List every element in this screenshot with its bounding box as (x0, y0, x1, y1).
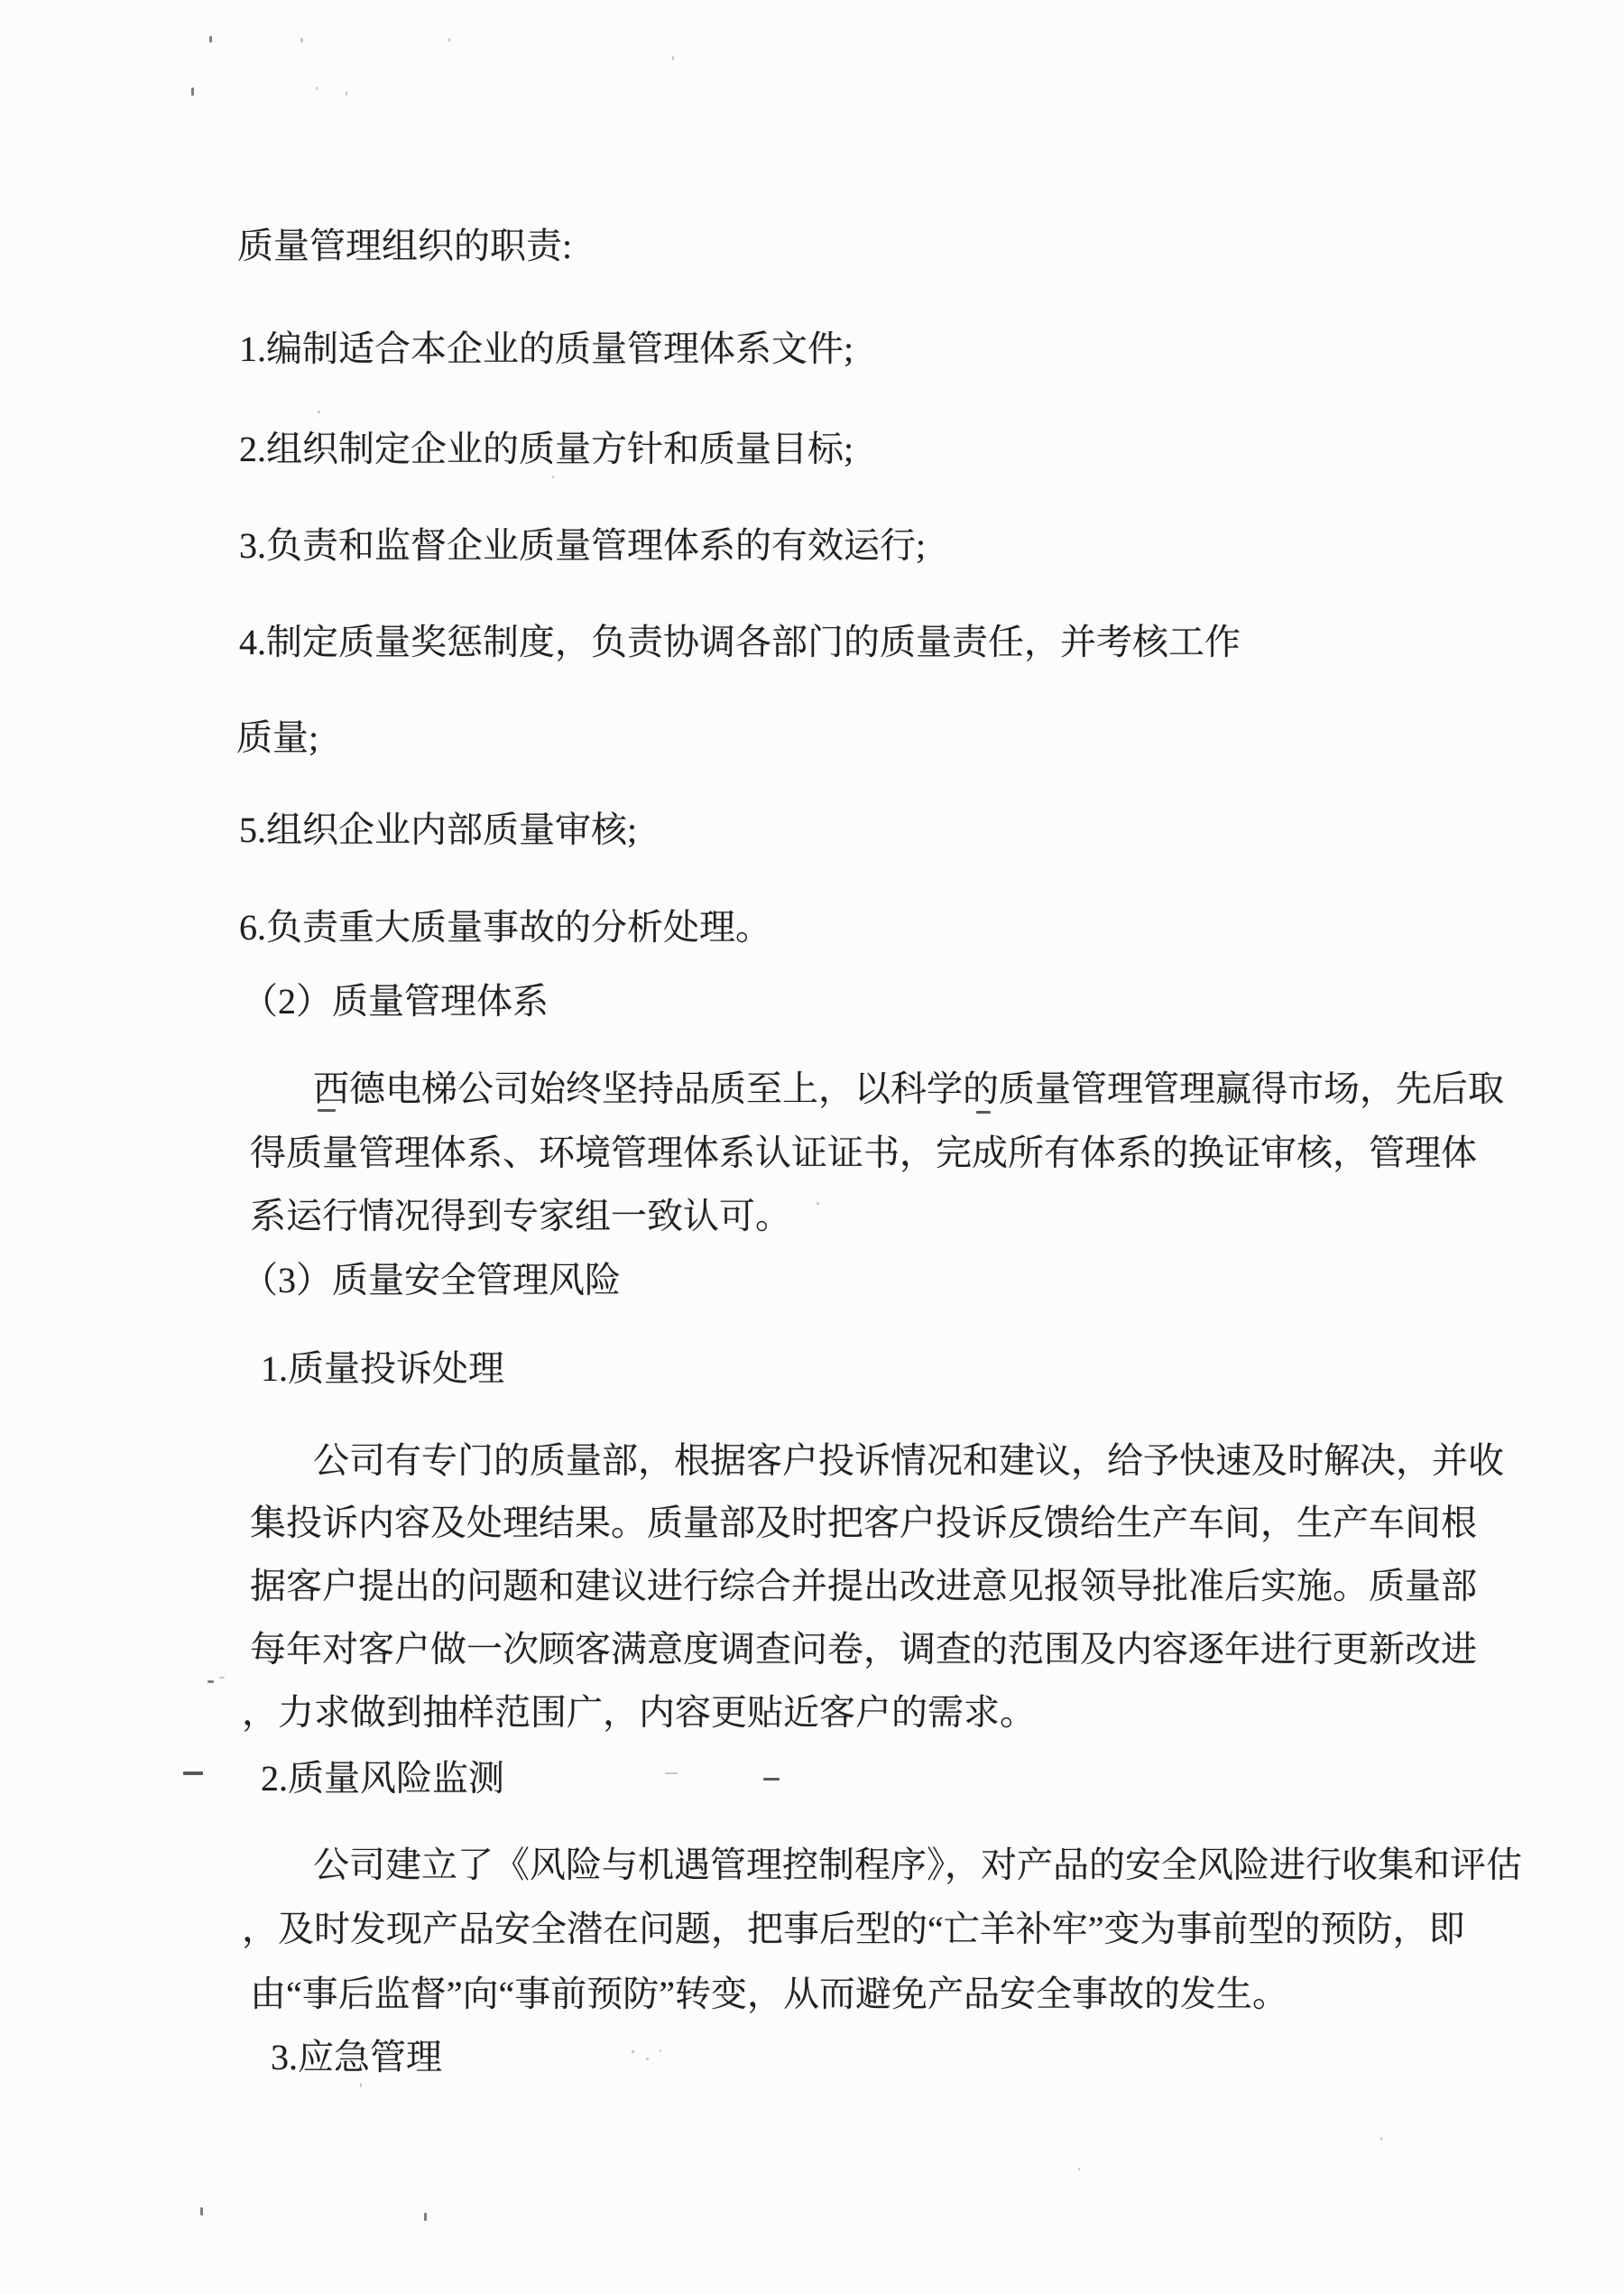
paragraph-1-line-1: 西德电梯公司始终坚持品质至上，以科学的质量管理管理赢得市场，先后取 (313, 1070, 1504, 1108)
scan-speck (552, 476, 554, 478)
paragraph-2-line-3: 据客户提出的问题和建议进行综合并提出改进意见报领导批准后实施。质量部 (250, 1568, 1477, 1605)
scan-speck (646, 2058, 649, 2060)
scan-dash (665, 1772, 678, 1774)
section-2-heading-line: （2）质量管理体系 (242, 983, 549, 1021)
scan-speck (209, 36, 212, 42)
paragraph-2-line-2: 集投诉内容及处理结果。质量部及时把客户投诉反馈给生产车间，生产车间根 (250, 1504, 1477, 1542)
scan-speck (360, 2083, 362, 2087)
paragraph-2-line-5: ，力求做到抽样范围广，内容更贴近客户的需求。 (242, 1694, 1036, 1732)
scan-speck (1380, 2137, 1382, 2141)
list-item-5-line: 5.组织企业内部质量审核; (239, 811, 637, 849)
sub-item-3-line: 3.应急管理 (271, 2039, 442, 2077)
scan-dash (219, 1677, 225, 1679)
scan-speck (1078, 2168, 1080, 2170)
list-item-4-wrap-line: 质量; (236, 719, 318, 757)
underline-mark (318, 1109, 336, 1112)
doc-heading-line: 质量管理组织的职责: (237, 227, 572, 265)
section-3-heading-line: （3）质量安全管理风险 (242, 1262, 621, 1300)
scan-speck (817, 1202, 819, 1205)
scan-speck (660, 2049, 661, 2052)
scan-speck (346, 91, 347, 96)
scan-speck (300, 38, 303, 42)
list-item-4-line: 4.制定质量奖惩制度，负责协调各部门的质量责任，并考核工作 (239, 624, 1241, 661)
scan-speck (191, 88, 194, 96)
list-item-1-line: 1.编制适合本企业的质量管理体系文件; (239, 330, 854, 368)
scan-speck (318, 411, 320, 413)
margin-dash-mark (183, 1771, 203, 1775)
list-item-6-line: 6.负责重大质量事故的分析处理。 (239, 909, 771, 947)
scan-speck (672, 56, 674, 60)
margin-dash-mark (763, 1778, 780, 1781)
paragraph-1-line-3: 系运行情况得到专家组一致认可。 (250, 1198, 791, 1235)
scan-speck (448, 38, 450, 42)
paragraph-3-line-1: 公司建立了《风险与机遇管理控制程序》，对产品的安全风险进行收集和评估 (313, 1846, 1522, 1884)
scan-speck (632, 2050, 634, 2053)
underline-mark (976, 1111, 991, 1114)
paragraph-3-line-2: ，及时发现产品安全潜在问题，把事后型的“亡羊补牢”变为事前型的预防，即 (242, 1910, 1465, 1948)
scan-speck (200, 2207, 203, 2215)
list-item-3-line: 3.负责和监督企业质量管理体系的有效运行; (239, 527, 926, 565)
sub-item-2-line: 2.质量风险监测 (261, 1760, 504, 1798)
scan-dash (208, 1680, 214, 1683)
scan-speck (316, 87, 318, 90)
paragraph-3-line-3: 由“事后监督”向“事前预防”转变，从而避免产品安全事故的发生。 (250, 1975, 1288, 2013)
sub-item-1-line: 1.质量投诉处理 (261, 1350, 504, 1388)
paragraph-1-line-2: 得质量管理体系、环境管理体系认证证书，完成所有体系的换证审核，管理体 (250, 1134, 1477, 1172)
paragraph-2-line-4: 每年对客户做一次顾客满意度调查问卷，调查的范围及内容逐年进行更新改进 (250, 1631, 1477, 1669)
paragraph-2-line-1: 公司有专门的质量部，根据客户投诉情况和建议，给予快速及时解决，并收 (313, 1442, 1504, 1480)
list-item-2-line: 2.组织制定企业的质量方针和质量目标; (239, 430, 854, 468)
scanned-document-page: 质量管理组织的职责: 1.编制适合本企业的质量管理体系文件; 2.组织制定企业的… (0, 0, 1624, 2294)
scan-speck (424, 2213, 427, 2221)
